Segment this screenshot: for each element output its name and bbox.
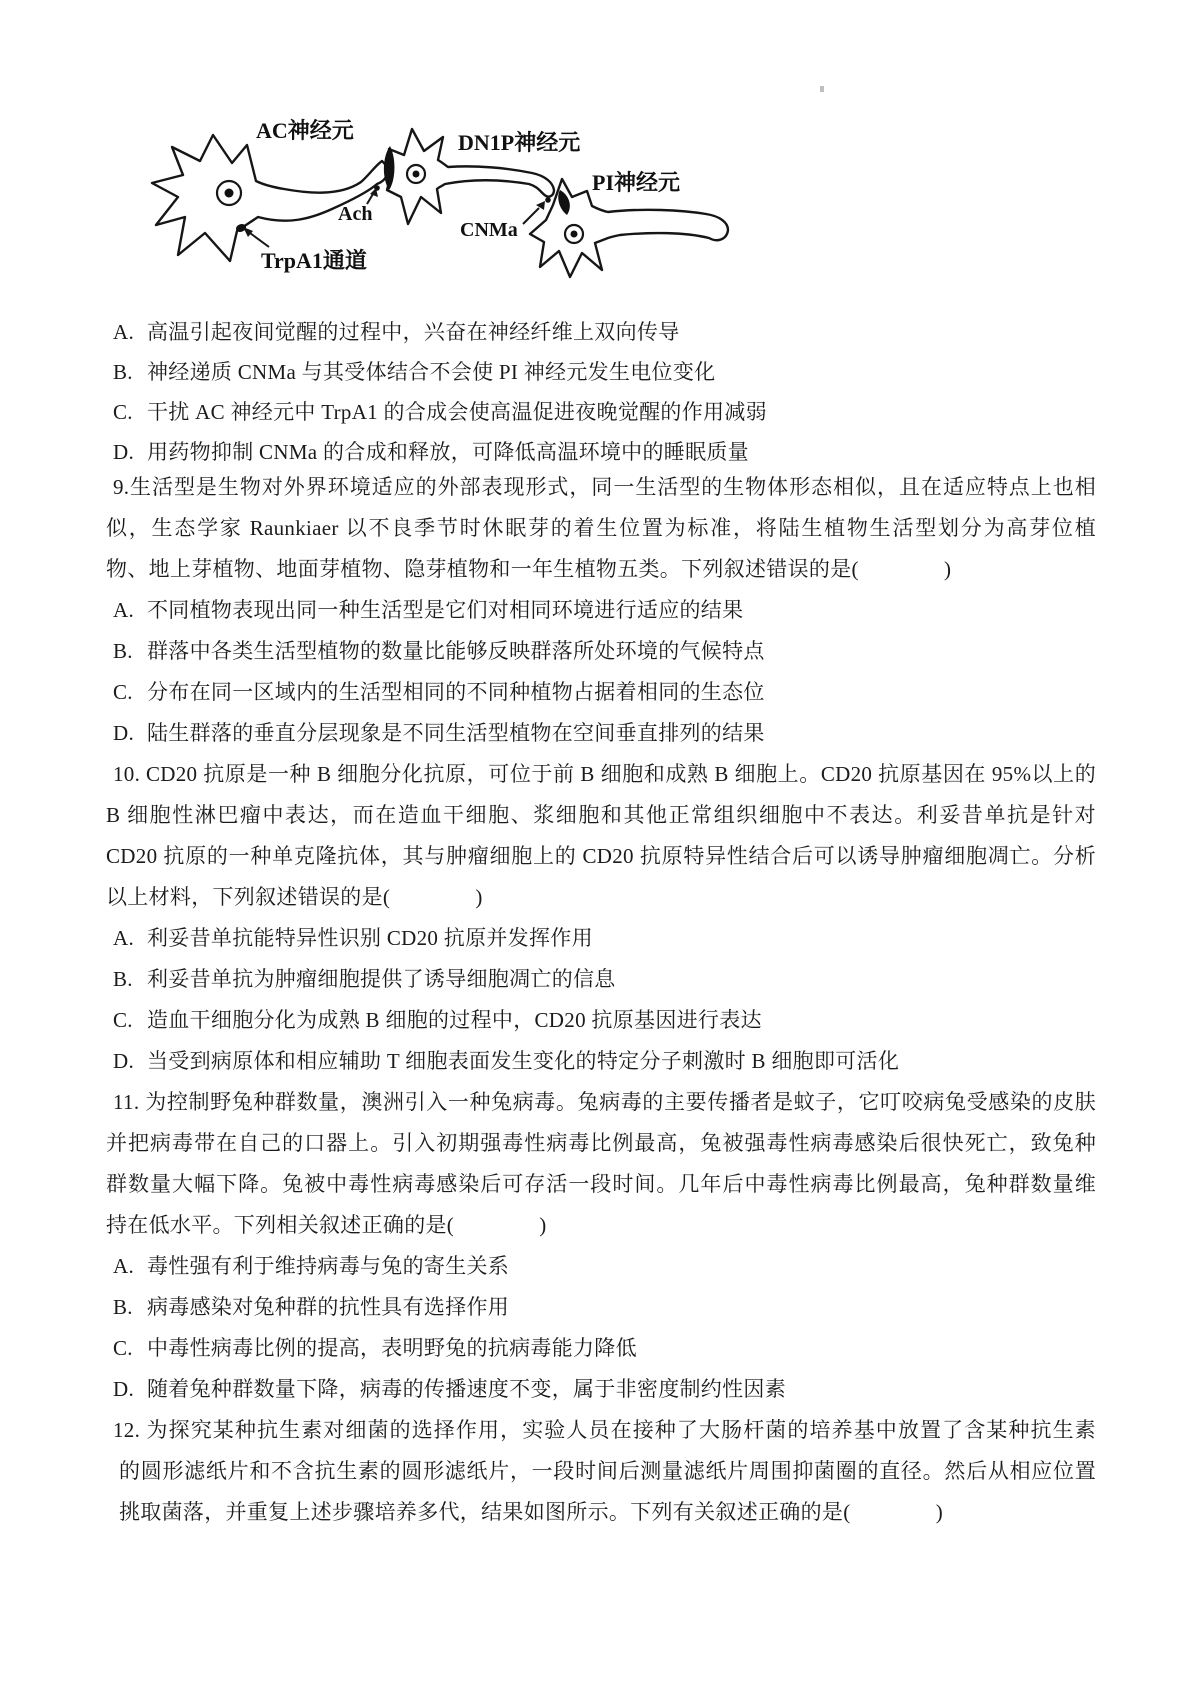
q11-option-c: C.中毒性病毒比例的提高，表明野兔的抗病毒能力降低 [106, 1328, 1096, 1369]
ac-nucleolus [225, 189, 234, 198]
option-label: D. [113, 1041, 147, 1082]
option-text: 分布在同一区域内的生活型相同的不同种植物占据着相同的生态位 [147, 680, 765, 704]
pi-neuron-label: PI神经元 [592, 170, 680, 195]
q10-option-d: D.当受到病原体和相应辅助 T 细胞表面发生变化的特定分子刺激时 B 细胞即可活… [106, 1041, 1096, 1082]
q9-stem-line-2: 似，生态学家 Raunkiaer 以不良季节时休眠芽的着生位置为标准，将陆生植物… [106, 508, 1096, 549]
option-text: 病毒感染对兔种群的抗性具有选择作用 [147, 1295, 509, 1319]
q8-option-b: B.神经递质 CNMa 与其受体结合不会使 PI 神经元发生电位变化 [106, 352, 1096, 393]
dn1p-nucleolus [413, 171, 420, 178]
option-text: 神经递质 CNMa 与其受体结合不会使 PI 神经元发生电位变化 [147, 360, 715, 384]
ach-label: Ach [338, 203, 372, 225]
cnma-vesicle-dot [545, 197, 551, 203]
option-label: C. [113, 672, 147, 713]
q11-stem-line-3: 群数量大幅下降。兔被中毒性病毒感染后可存活一段时间。几年后中毒性病毒比例最高，兔… [106, 1164, 1096, 1205]
q9-option-c: C.分布在同一区域内的生活型相同的不同种植物占据着相同的生态位 [106, 672, 1096, 713]
option-label: A. [113, 918, 147, 959]
trpa1-channel-label: TrpA1通道 [261, 248, 367, 273]
neuron-diagram: AC神经元 DN1P神经元 PI神经元 Ach CNMa TrpA1通道 [140, 85, 790, 290]
pi-nucleolus [571, 231, 578, 238]
option-text: 毒性强有利于维持病毒与兔的寄生关系 [147, 1254, 509, 1278]
q10-stem-line-1: 10. CD20 抗原是一种 B 细胞分化抗原，可位于前 B 细胞和成熟 B 细… [106, 754, 1096, 795]
q11-stem-line-4: 持在低水平。下列相关叙述正确的是( ) [106, 1205, 1096, 1246]
ac-neuron-shape [152, 135, 387, 261]
option-text: 用药物抑制 CNMa 的合成和释放，可降低高温环境中的睡眠质量 [147, 440, 749, 464]
q10-stem-line-4: 以上材料，下列叙述错误的是( ) [106, 877, 1096, 918]
option-label: C. [113, 392, 147, 433]
q12-stem-line-2: 的圆形滤纸片和不含抗生素的圆形滤纸片，一段时间后测量滤纸片周围抑菌圈的直径。然后… [106, 1451, 1096, 1492]
q10-option-a: A.利妥昔单抗能特异性识别 CD20 抗原并发挥作用 [106, 918, 1096, 959]
q8-option-a: A.高温引起夜间觉醒的过程中，兴奋在神经纤维上双向传导 [106, 312, 1096, 353]
q11-option-a: A.毒性强有利于维持病毒与兔的寄生关系 [106, 1246, 1096, 1287]
q11-stem-line-1: 11. 为控制野兔种群数量，澳洲引入一种兔病毒。兔病毒的主要传播者是蚊子，它叮咬… [106, 1082, 1096, 1123]
cnma-label: CNMa [460, 219, 518, 241]
q9-option-b: B.群落中各类生活型植物的数量比能够反映群落所处环境的气候特点 [106, 631, 1096, 672]
option-label: B. [113, 631, 147, 672]
q9-option-a: A.不同植物表现出同一种生活型是它们对相同环境进行适应的结果 [106, 590, 1096, 631]
q11-option-b: B.病毒感染对兔种群的抗性具有选择作用 [106, 1287, 1096, 1328]
q10-option-b: B.利妥昔单抗为肿瘤细胞提供了诱导细胞凋亡的信息 [106, 959, 1096, 1000]
option-label: D. [113, 713, 147, 754]
option-label: C. [113, 1000, 147, 1041]
q8-option-c: C.干扰 AC 神经元中 TrpA1 的合成会使高温促进夜晚觉醒的作用减弱 [106, 392, 1096, 433]
option-label: B. [113, 959, 147, 1000]
option-label: B. [113, 352, 147, 393]
q10-stem-line-2: B 细胞性淋巴瘤中表达，而在造血干细胞、浆细胞和其他正常组织细胞中不表达。利妥昔… [106, 795, 1096, 836]
trpa1-arrow-line [250, 233, 269, 247]
q10-stem-line-3: CD20 抗原的一种单克隆抗体，其与肿瘤细胞上的 CD20 抗原特异性结合后可以… [106, 836, 1096, 877]
option-label: D. [113, 1369, 147, 1410]
q10-option-c: C.造血干细胞分化为成熟 B 细胞的过程中，CD20 抗原基因进行表达 [106, 1000, 1096, 1041]
option-label: A. [113, 590, 147, 631]
option-label: A. [113, 312, 147, 353]
exam-page: AC神经元 DN1P神经元 PI神经元 Ach CNMa TrpA1通道 A.高… [0, 0, 1200, 1697]
option-text: 利妥昔单抗能特异性识别 CD20 抗原并发挥作用 [147, 926, 593, 950]
cnma-arrow-line [523, 208, 539, 224]
option-text: 干扰 AC 神经元中 TrpA1 的合成会使高温促进夜晚觉醒的作用减弱 [147, 400, 767, 424]
option-label: B. [113, 1287, 147, 1328]
option-label: A. [113, 1246, 147, 1287]
option-text: 高温引起夜间觉醒的过程中，兴奋在神经纤维上双向传导 [147, 320, 680, 344]
q12-stem-line-3: 挑取菌落，并重复上述步骤培养多代，结果如图所示。下列有关叙述正确的是( ) [106, 1492, 1096, 1533]
option-text: 不同植物表现出同一种生活型是它们对相同环境进行适应的结果 [147, 598, 743, 622]
option-label: C. [113, 1328, 147, 1369]
q11-option-d: D.随着兔种群数量下降，病毒的传播速度不变，属于非密度制约性因素 [106, 1369, 1096, 1410]
option-text: 当受到病原体和相应辅助 T 细胞表面发生变化的特定分子刺激时 B 细胞即可活化 [147, 1049, 899, 1073]
q9-stem-line-3: 物、地上芽植物、地面芽植物、隐芽植物和一年生植物五类。下列叙述错误的是( ) [106, 549, 1096, 590]
option-text: 群落中各类生活型植物的数量比能够反映群落所处环境的气候特点 [147, 639, 765, 663]
option-text: 中毒性病毒比例的提高，表明野兔的抗病毒能力降低 [147, 1336, 637, 1360]
ac-neuron-label: AC神经元 [256, 118, 354, 143]
scan-artifact-dot [820, 86, 824, 92]
q9-option-d: D.陆生群落的垂直分层现象是不同生活型植物在空间垂直排列的结果 [106, 713, 1096, 754]
option-text: 陆生群落的垂直分层现象是不同生活型植物在空间垂直排列的结果 [147, 721, 765, 745]
q12-stem-line-1: 12. 为探究某种抗生素对细菌的选择作用，实验人员在接种了大肠杆菌的培养基中放置… [106, 1410, 1096, 1451]
q11-stem-line-2: 并把病毒带在自己的口器上。引入初期强毒性病毒比例最高，兔被强毒性病毒感染后很快死… [106, 1123, 1096, 1164]
dn1p-neuron-label: DN1P神经元 [458, 130, 580, 155]
option-text: 随着兔种群数量下降，病毒的传播速度不变，属于非密度制约性因素 [147, 1377, 786, 1401]
option-text: 造血干细胞分化为成熟 B 细胞的过程中，CD20 抗原基因进行表达 [147, 1008, 762, 1032]
trpa1-arrowhead [243, 227, 253, 237]
q9-stem-line-1: 9.生活型是生物对外界环境适应的外部表现形式，同一生活型的生物体形态相似，且在适… [106, 467, 1096, 508]
option-text: 利妥昔单抗为肿瘤细胞提供了诱导细胞凋亡的信息 [147, 967, 616, 991]
